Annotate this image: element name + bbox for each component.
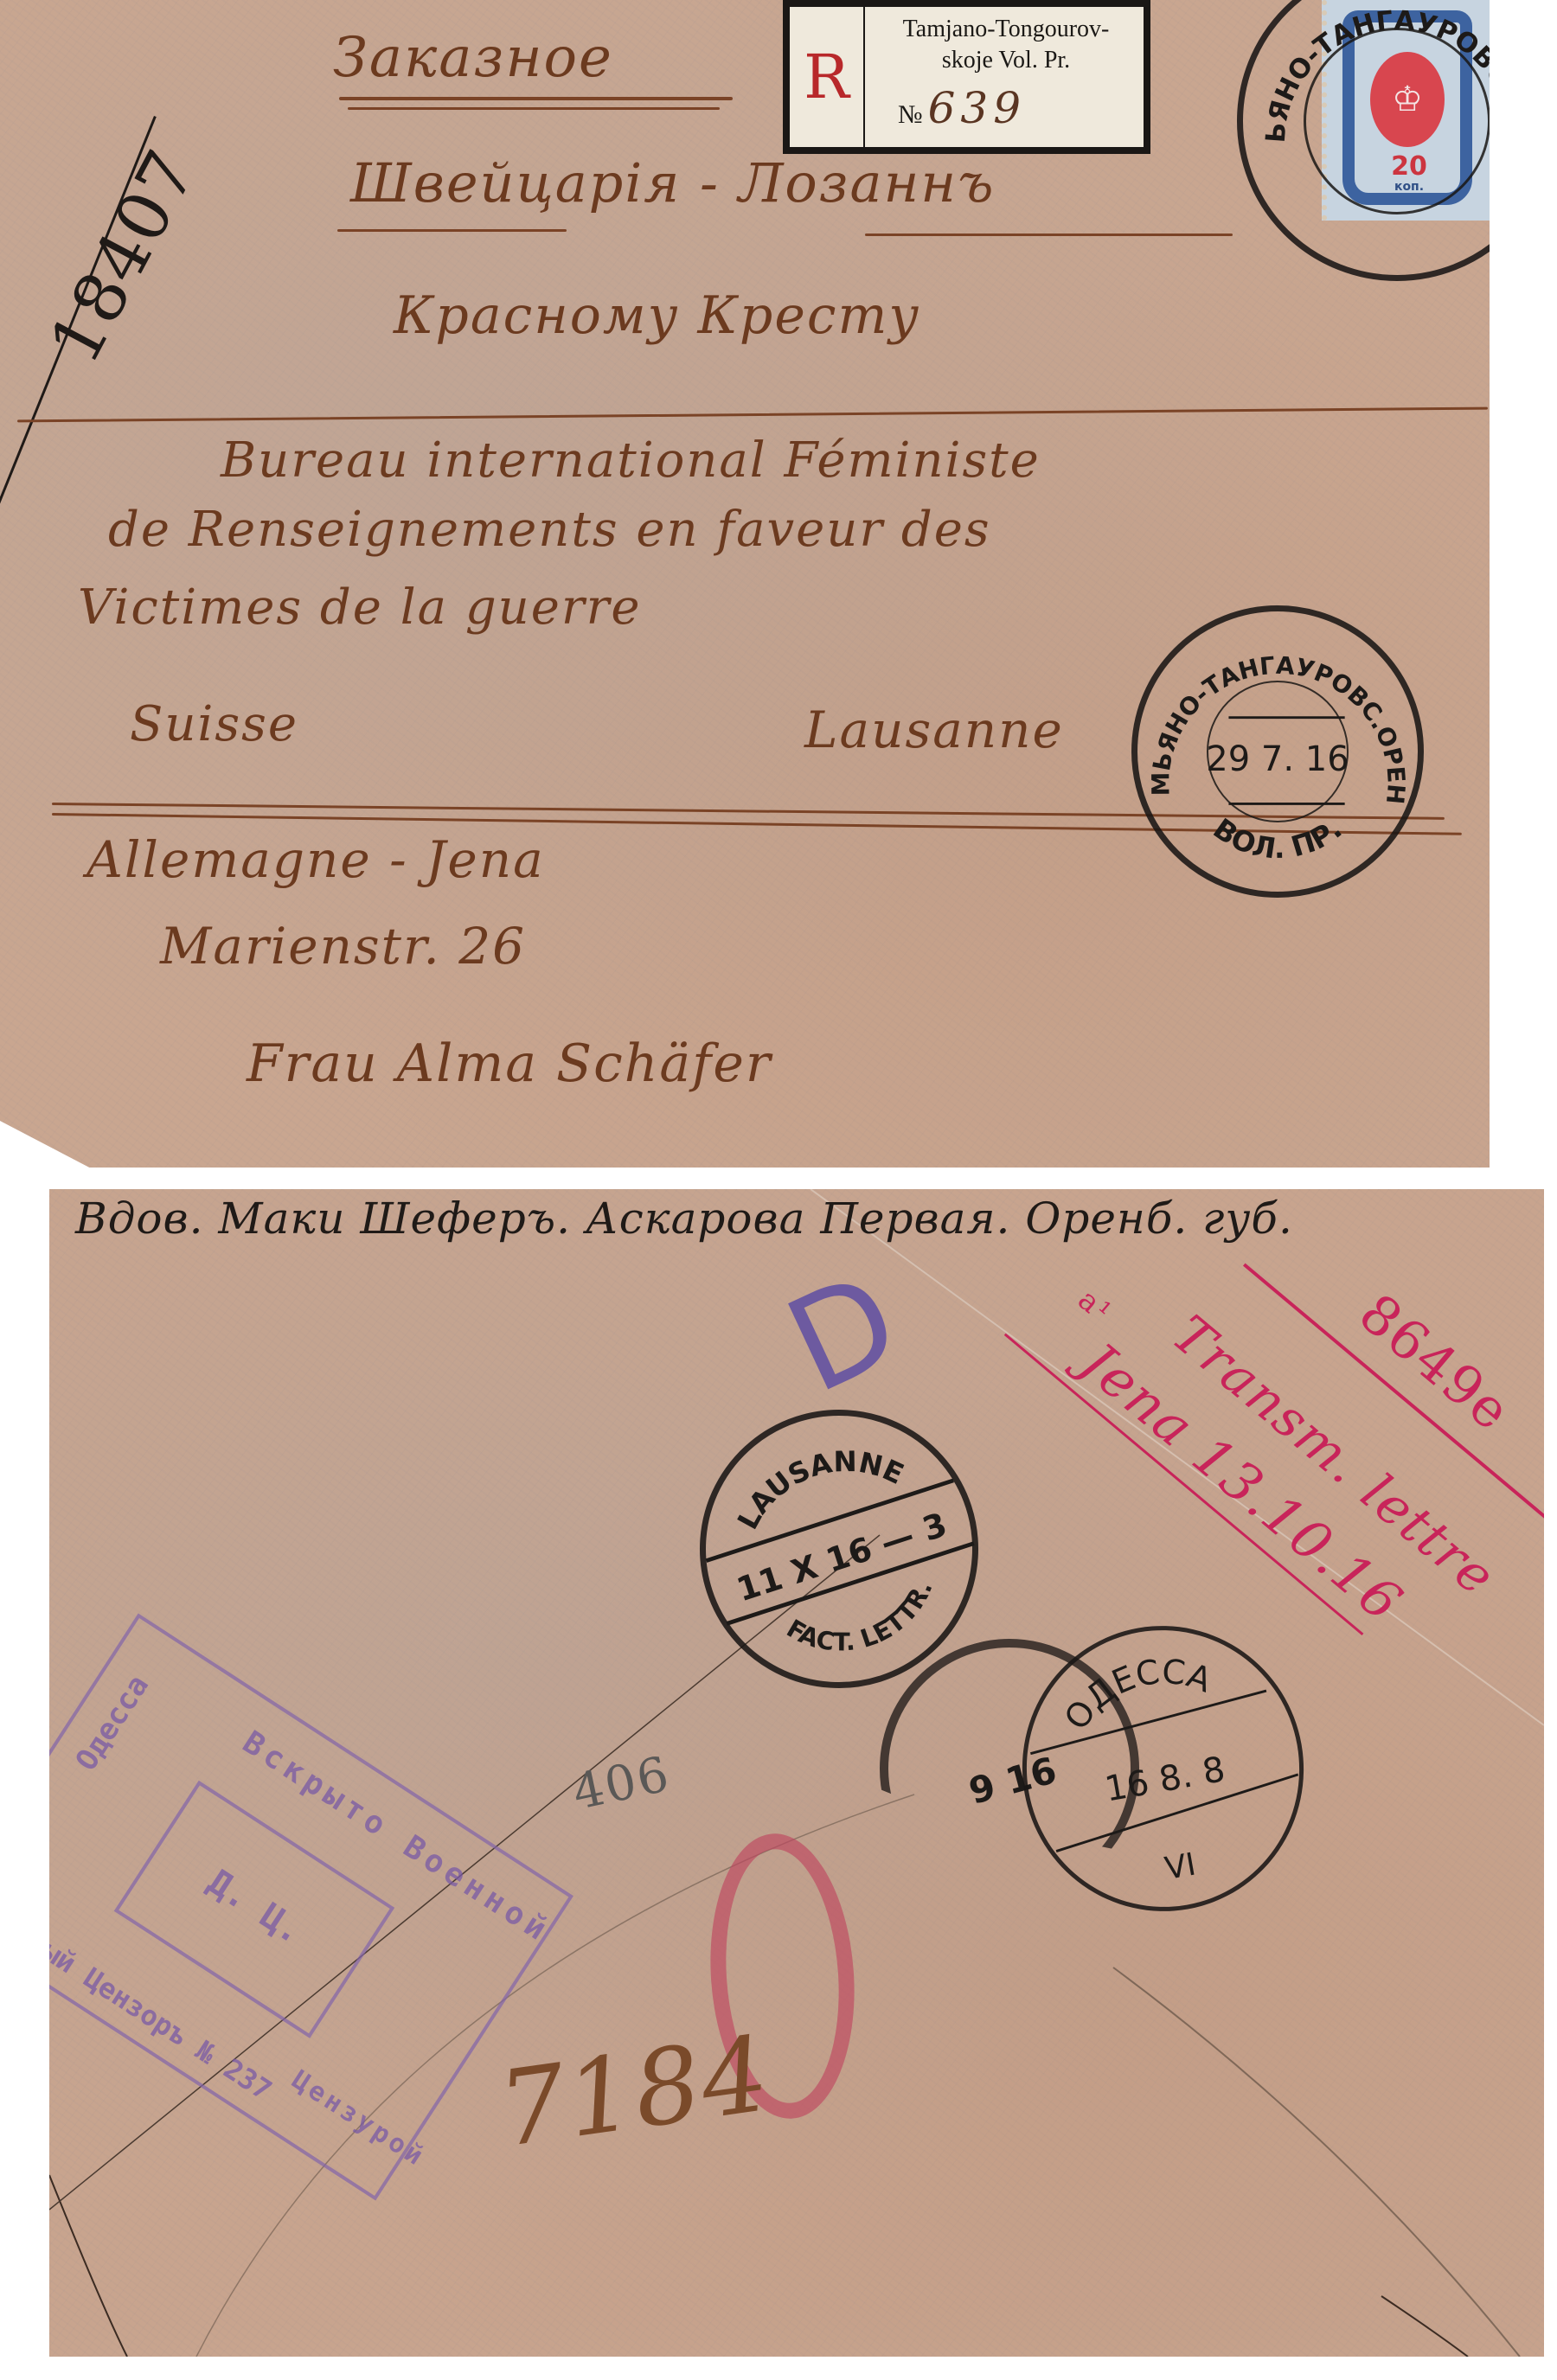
registration-letter-cell: R (790, 7, 865, 147)
svg-text:ТАМЬЯНО-ТАНГАУРОВС.ОРЕНБ.: ТАМЬЯНО-ТАНГАУРОВС.ОРЕНБ. (1230, 0, 1490, 144)
address-line-3: Victimes de la guerre (78, 579, 642, 636)
registration-number: №639 (898, 83, 1026, 133)
divider-line (17, 407, 1488, 423)
registration-office-line1: Tamjano-Tongourov- (872, 14, 1140, 45)
envelope-front: R Tamjano-Tongourov- skoje Vol. Pr. №639… (0, 0, 1490, 1168)
addressee-ru: Красному Кресту (394, 285, 920, 346)
address-line-1: Bureau international Féministe (221, 432, 1041, 489)
svg-text:ОДЕССА: ОДЕССА (1049, 1642, 1225, 1742)
destination-ru: Швейцарія - Лозаннъ (350, 151, 995, 214)
address-line-2: de Renseignements en faveur des (108, 502, 991, 558)
censor-line2: Цензурой (286, 2064, 431, 2172)
sender-line-1: Allemagne - Jena (86, 830, 545, 889)
underline (865, 234, 1233, 236)
stamp-postmark-ring-text: ТАМЬЯНО-ТАНГАУРОВС.ОРЕНБ. (1243, 0, 1490, 275)
registration-office: Tamjano-Tongourov- skoje Vol. Pr. (872, 14, 1140, 76)
registered-mark: Заказное (333, 26, 613, 90)
underline (337, 229, 567, 232)
registration-label: R Tamjano-Tongourov- skoje Vol. Pr. №639 (783, 0, 1150, 154)
city: Lausanne (804, 701, 1064, 759)
back-sender-ru: Вдов. Маки Шеферъ. Аскарова Первая. Орен… (75, 1193, 1293, 1244)
sender-line-3: Frau Alma Schäfer (247, 1033, 772, 1094)
reference-number: 18407 (34, 137, 212, 376)
origin-postmark-date: 29 7. 16 (1137, 739, 1418, 779)
underline (339, 97, 733, 100)
envelope-back: Вдов. Маки Шеферъ. Аскарова Первая. Орен… (49, 1189, 1544, 2357)
sender-line-2: Marienstr. 26 (160, 917, 526, 976)
odessa-postmark: ОДЕССА 16 8. 8 VI (1000, 1603, 1326, 1933)
registration-number-prefix: № (898, 100, 923, 129)
underline (348, 107, 720, 110)
registration-letter: R (804, 42, 849, 112)
registration-number-value: 639 (928, 83, 1026, 133)
svg-text:ВОЛ. ПР.: ВОЛ. ПР. (1208, 812, 1349, 866)
country: Suisse (130, 696, 298, 752)
censor-inner-text: Д. Ц. (201, 1862, 310, 1952)
registration-office-line2: skoje Vol. Pr. (872, 45, 1140, 76)
origin-postmark: ТАМЬЯНО-ТАНГАУРОВС.ОРЕНБ. ВОЛ. ПР. 29 7.… (1131, 605, 1424, 898)
stamp-postmark: ТАМЬЯНО-ТАНГАУРОВС.ОРЕНБ. (1237, 0, 1490, 281)
